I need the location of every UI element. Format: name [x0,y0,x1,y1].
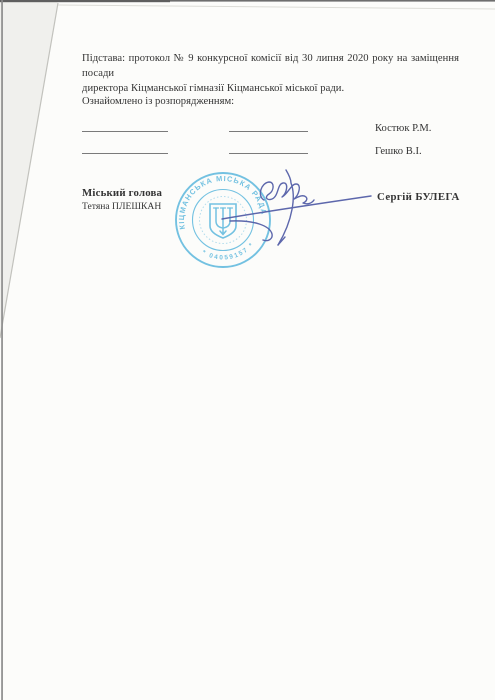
signature-blank-line [82,153,168,154]
scanned-document-page: Підстава: протокол № 9 конкурсної комісі… [0,0,495,700]
stamp-inner-circle [193,190,254,251]
shield-outline [210,204,236,238]
trident-emblem [210,204,236,238]
signature-blank-line [229,131,308,132]
page-top-edge-line [58,5,495,9]
stamp-microtext-ring [200,197,247,244]
stamp-outer-circle [176,173,270,267]
basis-paragraph-line-2: директора Кіцманської гімназії Кіцманськ… [82,81,459,96]
signature-bottom-hook [278,237,285,245]
stamp-code-text: * 04059157 * [200,240,258,266]
official-title: Міський голова [82,187,162,199]
scan-top-border [0,0,495,2]
trident-outer-prongs [216,208,230,228]
official-name-right: Сергій БУЛЕГА [377,191,460,203]
signature-under-curve [230,221,272,241]
scan-left-border [1,0,3,700]
signature-blank-line [82,131,168,132]
official-name-left: Тетяна ПЛЕШКАН [82,201,161,212]
stamp-ring-text: КІЦМАНСЬКА МІСЬКА РАДА [173,170,269,230]
basis-paragraph-line-1: Підстава: протокол № 9 конкурсної комісі… [82,51,459,81]
page-corner-edge-line [0,3,58,338]
scan-top-border-dark [0,0,170,2]
trident-base-tip [220,228,226,235]
official-round-stamp: КІЦМАНСЬКА МІСЬКА РАДА * 04059157 * [173,170,273,270]
scan-edge-artifacts [0,0,495,700]
signature-blank-line [229,153,308,154]
signatory-name: Костюк Р.М. [375,123,431,134]
signatory-name: Гешко В.І. [375,146,422,157]
signature-descender-stroke [278,170,293,245]
page-corner-shadow [0,0,58,338]
signature-loops [260,182,314,204]
signature-long-stroke [222,196,371,219]
acknowledgment-label: Ознайомлено із розпорядженням: [82,96,234,107]
handwritten-signature [180,160,400,260]
basis-paragraph: Підстава: протокол № 9 конкурсної комісі… [82,51,459,96]
